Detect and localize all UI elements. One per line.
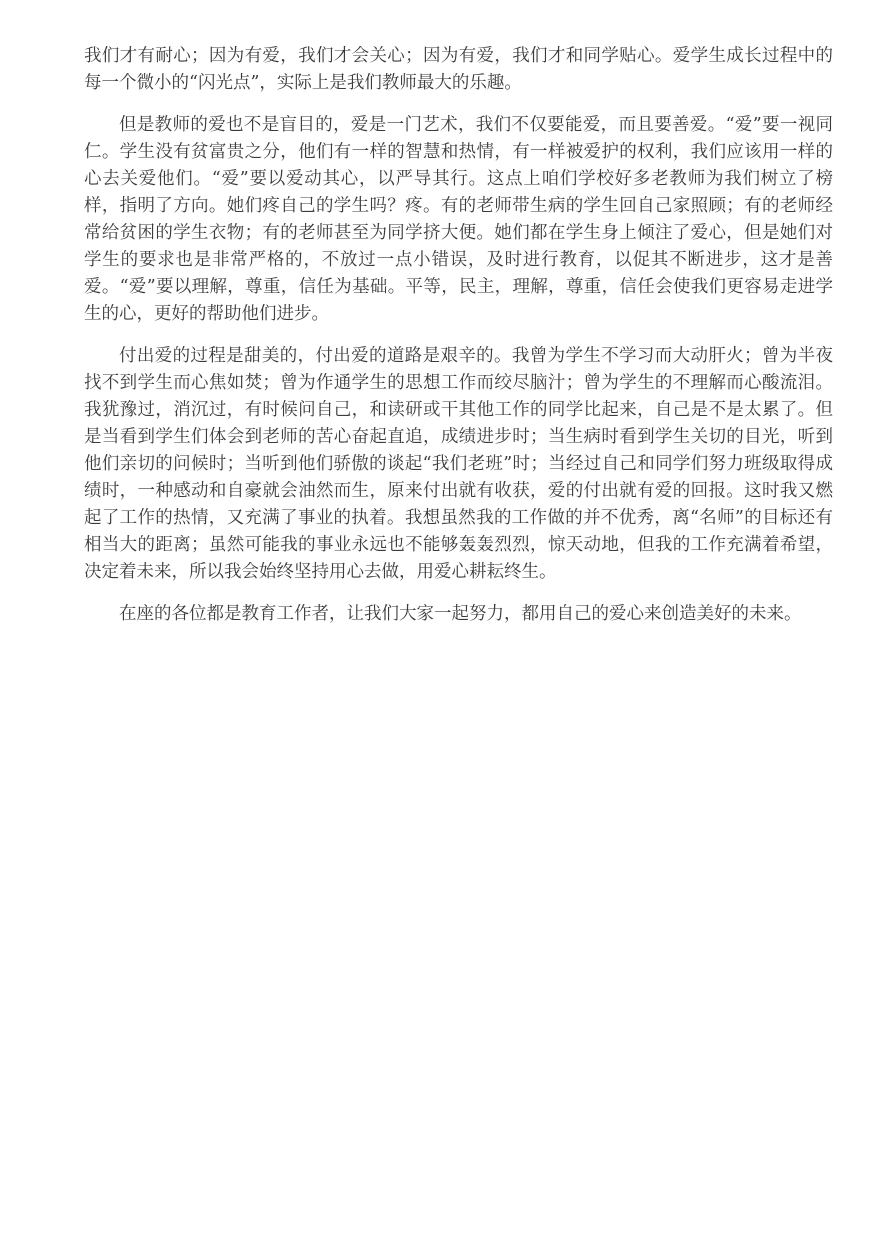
paragraph: 但是教师的爱也不是盲目的，爱是一门艺术，我们不仅要能爱，而且要善爱。“爱”要一视…: [84, 112, 833, 328]
document-body: 我们才有耐心；因为有爱，我们才会关心；因为有爱，我们才和同学贴心。爱学生成长过程…: [84, 43, 833, 628]
paragraph-continuation: 我们才有耐心；因为有爱，我们才会关心；因为有爱，我们才和同学贴心。爱学生成长过程…: [84, 43, 833, 97]
paragraph: 付出爱的过程是甜美的，付出爱的道路是艰辛的。我曾为学生不学习而大动肝火；曾为半夜…: [84, 343, 833, 586]
document-page: 我们才有耐心；因为有爱，我们才会关心；因为有爱，我们才和同学贴心。爱学生成长过程…: [0, 0, 884, 1250]
paragraph: 在座的各位都是教育工作者，让我们大家一起努力，都用自己的爱心来创造美好的未来。: [84, 601, 833, 628]
